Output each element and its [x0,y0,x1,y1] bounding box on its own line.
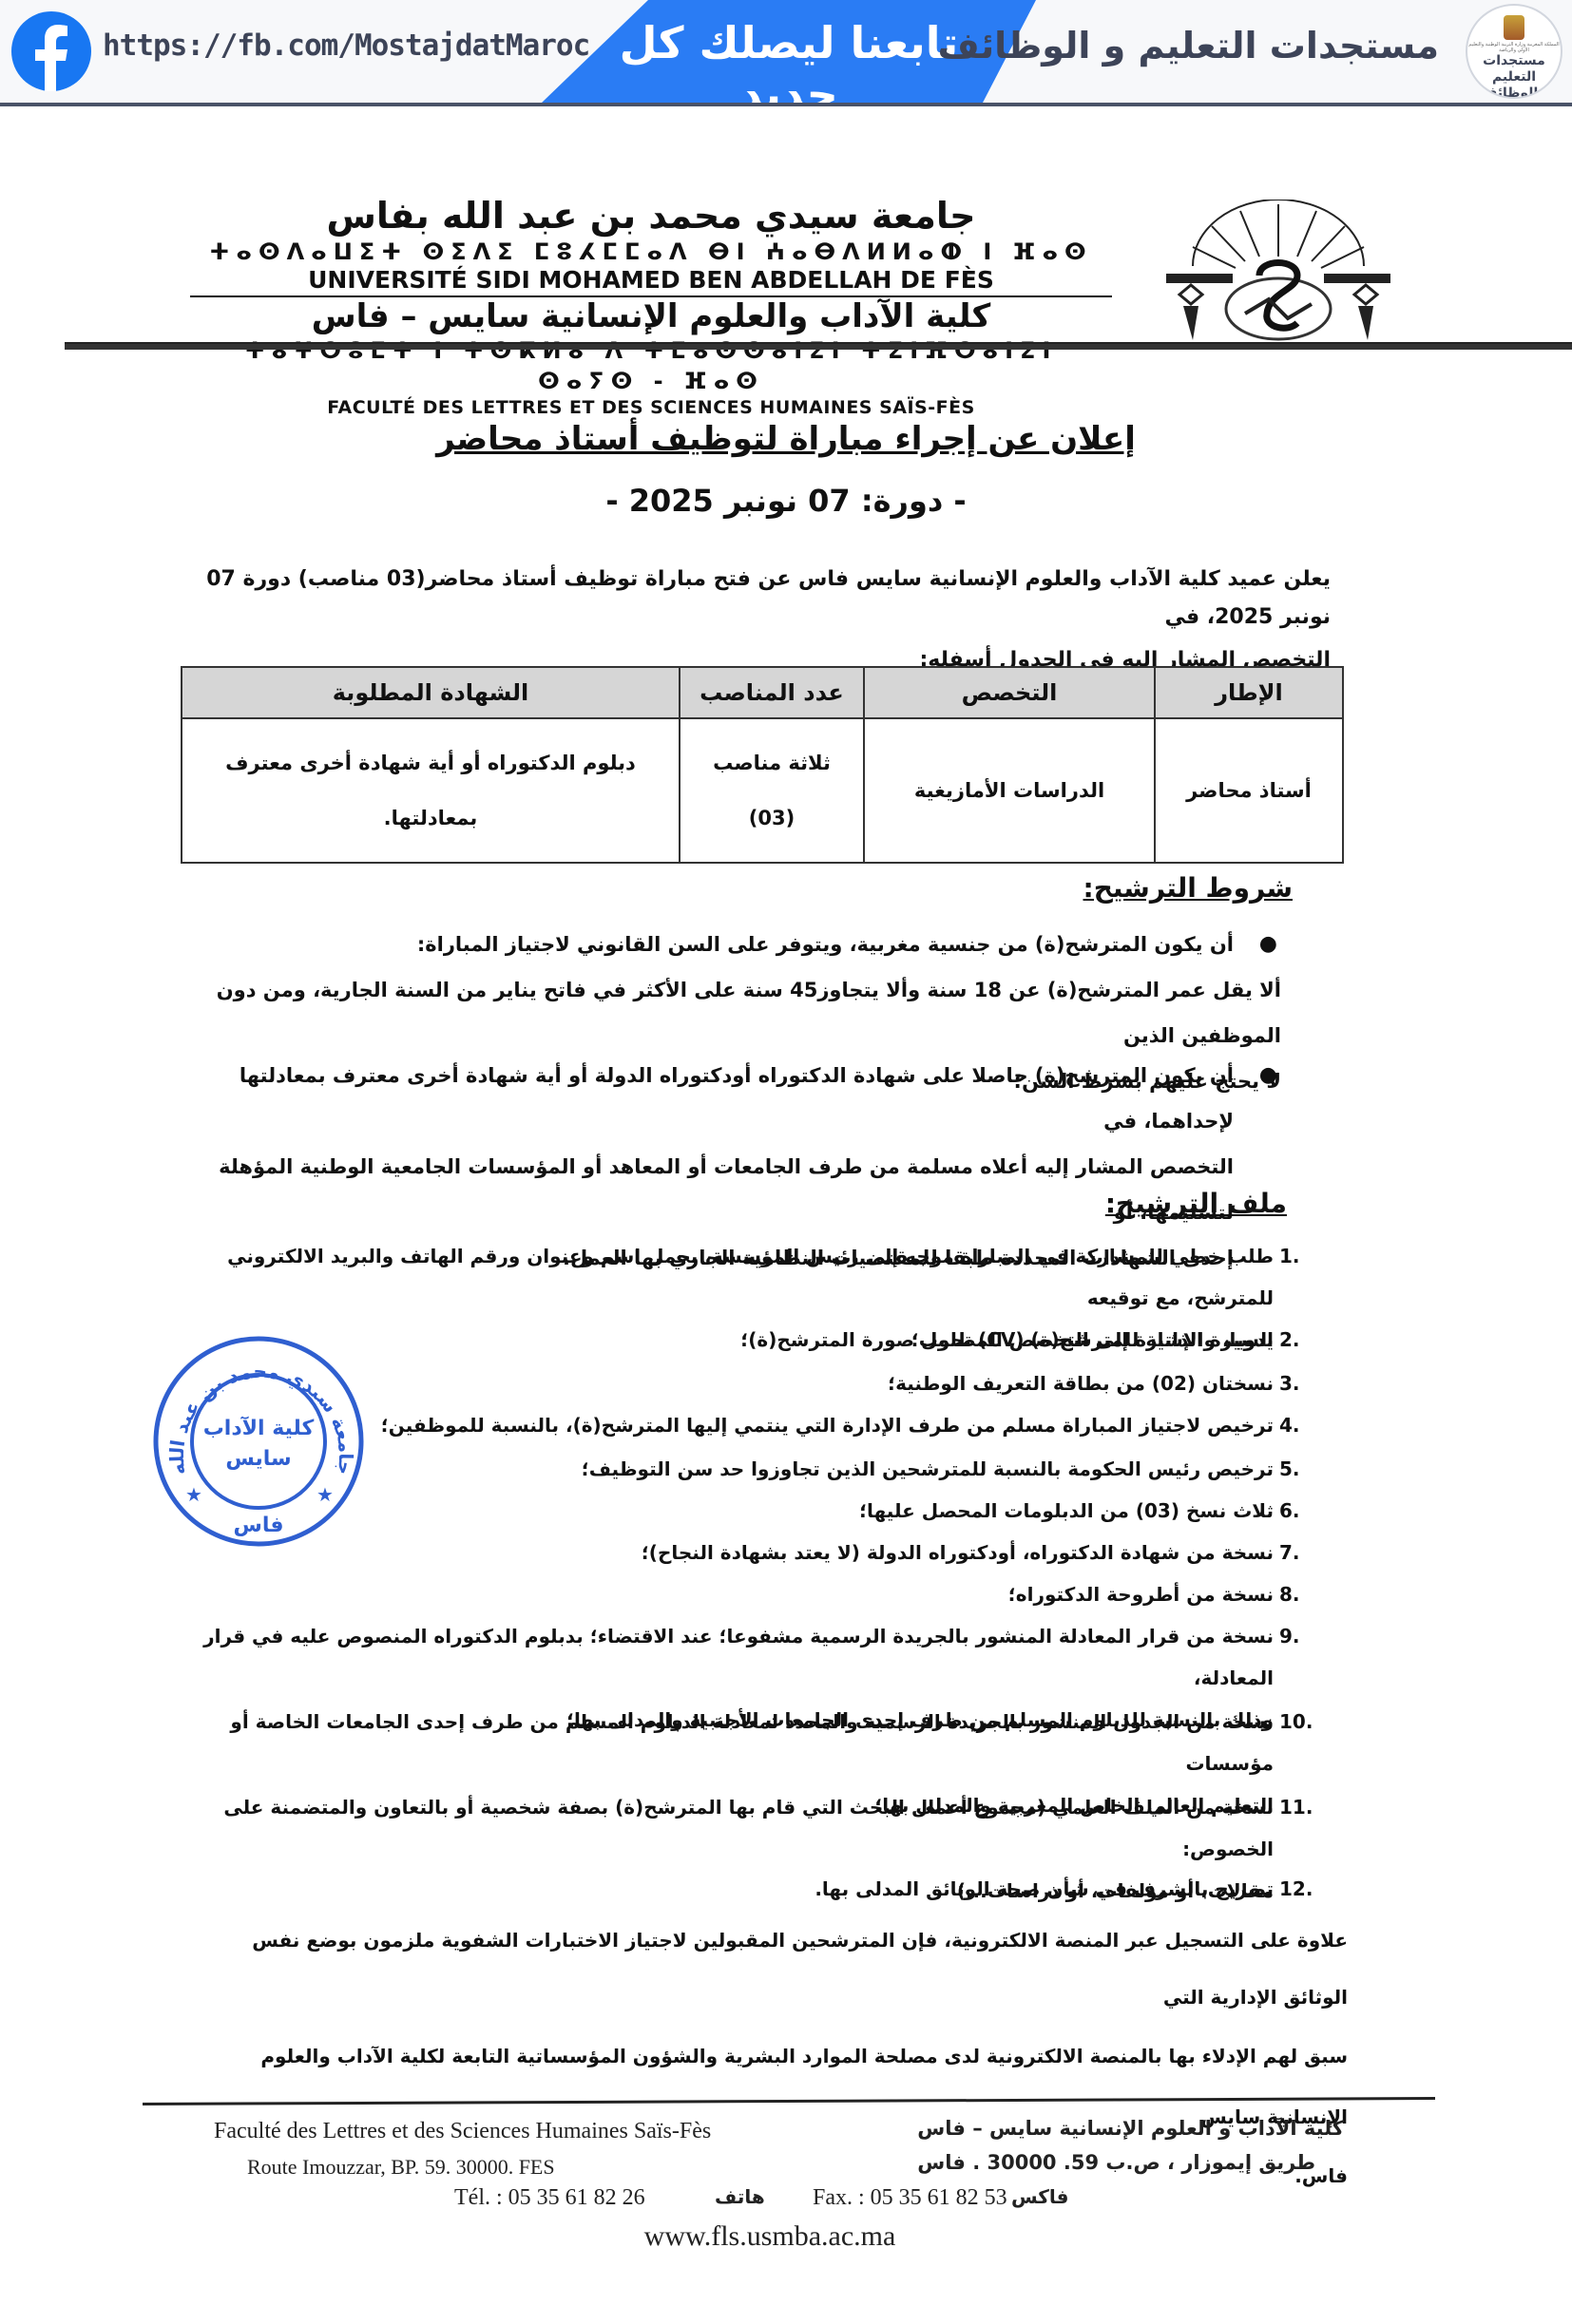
logo-label-1: مستجدات التعليم [1467,53,1561,86]
intro-line: يعلن عميد كلية الآداب والعلوم الإنسانية … [162,561,1331,637]
item-number: 3. [1279,1362,1317,1404]
star-icon: ★ [185,1483,202,1506]
positions-table: الإطار التخصص عدد المناصب الشهادة المطلو… [181,666,1344,864]
stamp-inner-line-1: كلية الآداب [203,1416,315,1440]
facebook-url-link[interactable]: https://fb.com/MostajdatMaroc [103,29,589,63]
bullet-icon: ● [1259,1053,1277,1098]
crest-icon [1504,15,1524,40]
item-number: 9. [1279,1615,1317,1657]
promo-text: تابعنا ليصلك كل جديد [580,17,998,106]
university-name-fr: UNIVERSITÉ SIDI MOHAMED BEN ABDELLAH DE … [190,267,1112,297]
column-header-degree: الشهادة المطلوبة [182,667,680,718]
star-icon: ★ [316,1483,334,1506]
item-number: 2. [1279,1319,1317,1361]
footer-faculty-ar: كلية الآداب و العلوم الإنسانية سايس – فا… [917,2117,1344,2140]
table-header-row: الإطار التخصص عدد المناصب الشهادة المطلو… [182,667,1343,718]
column-header-grade: الإطار [1155,667,1343,718]
table-row: أستاذ محاضر الدراسات الأمازيغية ثلاثة من… [182,718,1343,863]
condition-line: التخصص المشار إليه أعلاه مسلمة من طرف ال… [171,1144,1234,1235]
item-number: 7. [1279,1532,1317,1573]
site-logo: المملكة المغربية وزارة التربية الوطنية و… [1466,4,1562,99]
footer-faculty-fr: Faculté des Lettres et des Sciences Huma… [214,2119,711,2144]
conditions-heading: شروط الترشيح: [1083,872,1294,904]
letterhead: جامعة سيدي محمد بن عبد الله بفاس ⵜⴰⵙⴷⴰⵡⵉ… [190,195,1112,419]
cell-degree: دبلوم الدكتوراه أو أية شهادة أخرى معترف … [182,718,680,863]
condition-line: ألا يقل عمر المترشح(ة) عن 18 سنة وألا يت… [171,967,1281,1058]
column-header-specialty: التخصص [864,667,1155,718]
positions-words: ثلاثة مناصب [681,735,862,791]
faculty-name-ar: كلية الآداب والعلوم الإنسانية سايس – فاس [190,297,1112,335]
item-number: 5. [1279,1448,1317,1490]
footer-fax-label-ar: فاكس [1011,2185,1069,2208]
footer-address-ar: طريق إيموزار ، ص.ب 59. 30000 . فاس [917,2151,1315,2174]
item-number: 12. [1279,1868,1317,1910]
announcement-title: إعلان عن إجراء مباراة لتوظيف أستاذ محاضر [190,420,1382,458]
condition-line: أن يكون المترشح(ة) حاصلا على شهادة الدكت… [171,1053,1234,1144]
university-emblem-icon [1155,200,1402,342]
column-header-positions: عدد المناصب [680,667,864,718]
file-item-line: نسخة من أطروحة الدكتوراه؛ [200,1573,1274,1615]
item-number: 6. [1279,1490,1317,1532]
file-item-line: نسخة من الملف العلمي (مجموع أعمال البحث … [200,1786,1274,1870]
closing-line: علاوة على التسجيل عبر المنصة الالكترونية… [190,1912,1348,2026]
positions-number: (03) [681,791,862,846]
stamp-bottom-text: فاس [233,1514,283,1537]
item-number: 11. [1279,1786,1317,1828]
file-item-line: تصريح بالشرف في شأن صحة الوثائق المدلى ب… [200,1868,1274,1910]
file-item-line: طلب خطي للمشاركة في المباراة موجه إلى رئ… [200,1235,1274,1319]
footer-fax: Fax. : 05 35 61 82 53 [813,2185,1007,2211]
facebook-icon[interactable] [11,11,91,91]
item-number: 10. [1279,1701,1317,1743]
university-name-tifinagh: ⵜⴰⵙⴷⴰⵡⵉⵜ ⵙⵉⴷⵉ ⵎⵓⵃⵎⵎⴰⴷ ⴱⵏ ⵄⴰⴱⴷⵍⵍⴰⵀ ⵏ ⴼⴰⵙ [190,237,1112,267]
cell-positions: ثلاثة مناصب (03) [680,718,864,863]
item-number: 8. [1279,1573,1317,1615]
session-date: - دورة: 07 نونبر 2025 - [190,483,1382,519]
university-name-ar: جامعة سيدي محمد بن عبد الله بفاس [190,195,1112,237]
file-item: 8. نسخة من أطروحة الدكتوراه؛ [200,1573,1274,1615]
file-item-line: نسخة من قرار المعادلة المنشور بالجريدة ا… [200,1615,1274,1699]
logo-small-text: المملكة المغربية وزارة التربية الوطنية و… [1467,42,1561,53]
footer-website-link[interactable]: www.fls.usmba.ac.ma [323,2220,1217,2253]
degree-line: بمعادلتها. [183,791,678,846]
logo-label-2: والوظائف [1467,86,1561,99]
item-number: 4. [1279,1404,1317,1446]
official-stamp: جامعة سيدي محمد بن عبد الله كلية الآداب … [147,1330,371,1553]
item-number: 1. [1279,1235,1317,1277]
faculty-name-fr: FACULTÉ DES LETTRES ET DES SCIENCES HUMA… [190,396,1112,419]
condition-line: أن يكون المترشح(ة) من جنسية مغربية، ويتو… [171,922,1234,967]
promo-banner: https://fb.com/MostajdatMaroc تابعنا ليص… [0,0,1572,106]
cell-specialty: الدراسات الأمازيغية [864,718,1155,863]
degree-line: دبلوم الدكتوراه أو أية شهادة أخرى معترف [183,735,678,791]
site-name: مستجدات التعليم و الوظائف [938,25,1439,67]
footer-address-fr: Route Imouzzar, BP. 59. 30000. FES [247,2155,555,2180]
file-item: 12. تصريح بالشرف في شأن صحة الوثائق المد… [200,1868,1274,1910]
footer-phone: Tél. : 05 35 61 82 26 [454,2185,645,2211]
file-item-line: نسخة من الجدول المنشور بالجريدة الرسمية … [200,1701,1274,1784]
stamp-inner-line-2: سايس [225,1447,291,1471]
file-heading: ملف الترشيح: [1105,1188,1287,1219]
bullet-icon: ● [1259,922,1277,967]
footer-phone-label-ar: هاتف [715,2185,765,2208]
letterhead-divider [65,342,1572,350]
cell-grade: أستاذ محاضر [1155,718,1343,863]
